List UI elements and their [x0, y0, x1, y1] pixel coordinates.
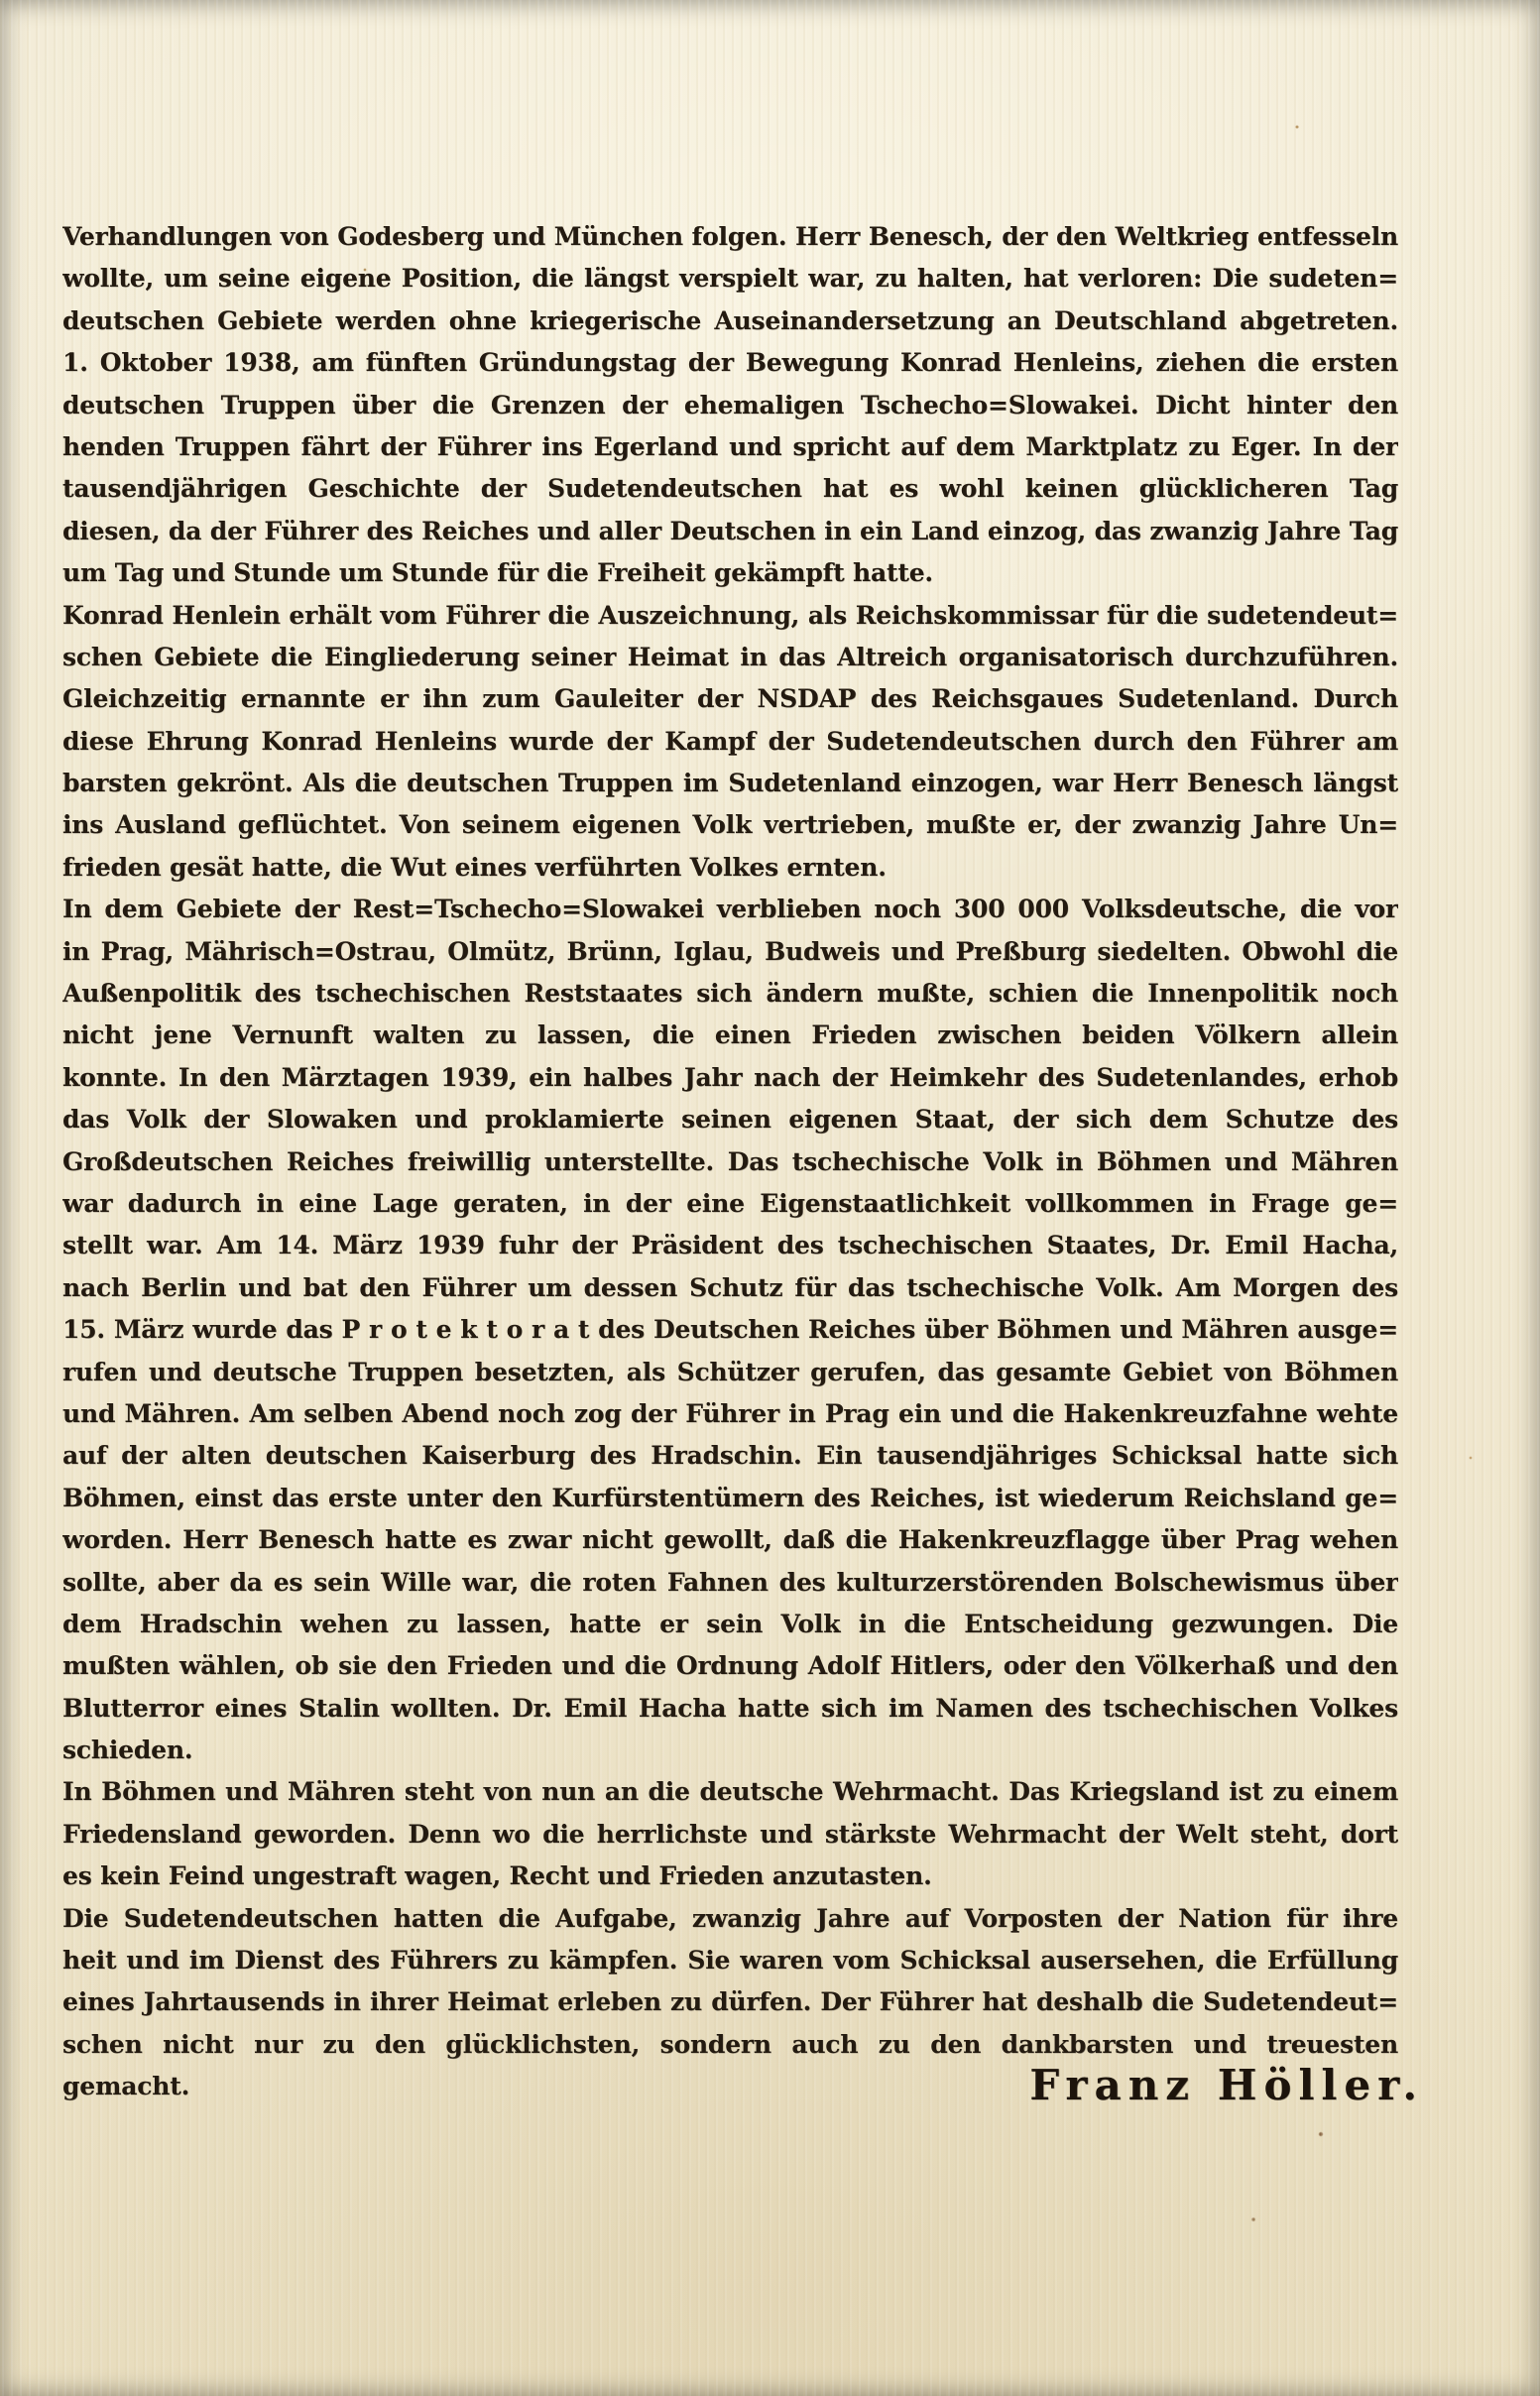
scanned-book-page: Verhandlungen von Godesberg und München …	[0, 0, 1540, 2396]
text-line: Konrad Henlein erhält vom Führer die Aus…	[62, 595, 1398, 637]
paragraph: Die Sudetendeutschen hatten die Aufgabe,…	[62, 1898, 1398, 2108]
text-line: um Tag und Stunde um Stunde für die Frei…	[62, 552, 1398, 594]
paragraph: In Böhmen und Mähren steht von nun an di…	[62, 1771, 1398, 1897]
text-line: 15. März wurde das P r o t e k t o r a t…	[62, 1309, 1398, 1351]
text-line: dem Hradschin wehen zu lassen, hatte er …	[62, 1604, 1398, 1645]
text-line: Verhandlungen von Godesberg und München …	[62, 216, 1398, 258]
text-line: deutschen Truppen über die Grenzen der e…	[62, 385, 1398, 426]
text-line: mußten wählen, ob sie den Frieden und di…	[62, 1645, 1398, 1687]
text-line: konnte. In den Märztagen 1939, ein halbe…	[62, 1057, 1398, 1099]
author-signature: Franz Höller.	[1029, 2060, 1424, 2111]
text-line: nach Berlin und bat den Führer um dessen…	[62, 1267, 1398, 1309]
text-line: In dem Gebiete der Rest=Tschecho=Slowake…	[62, 889, 1398, 930]
text-line: und Mähren. Am selben Abend noch zog der…	[62, 1393, 1398, 1435]
text-line: worden. Herr Benesch hatte es zwar nicht…	[62, 1519, 1398, 1561]
text-line: Friedensland geworden. Denn wo die herrl…	[62, 1814, 1398, 1856]
text-line: Außenpolitik des tschechischen Reststaat…	[62, 973, 1398, 1015]
text-line: das Volk der Slowaken und proklamierte s…	[62, 1099, 1398, 1140]
text-line: ins Ausland geflüchtet. Von seinem eigen…	[62, 804, 1398, 846]
text-line: barsten gekrönt. Als die deutschen Trupp…	[62, 763, 1398, 804]
text-line: schieden.	[62, 1730, 1398, 1771]
text-line: nicht jene Vernunft walten zu lassen, di…	[62, 1015, 1398, 1056]
text-line: gemacht.Franz Höller.	[62, 2066, 1398, 2107]
text-line: deutschen Gebiete werden ohne kriegerisc…	[62, 300, 1398, 342]
text-line: frieden gesät hatte, die Wut eines verfü…	[62, 847, 1398, 889]
text-line: Blutterror eines Stalin wollten. Dr. Emi…	[62, 1688, 1398, 1730]
text-line: stellt war. Am 14. März 1939 fuhr der Pr…	[62, 1225, 1398, 1266]
text-line: diesen, da der Führer des Reiches und al…	[62, 511, 1398, 552]
text-line: eines Jahrtausends in ihrer Heimat erleb…	[62, 1981, 1398, 2023]
text-line: rufen und deutsche Truppen besetzten, al…	[62, 1352, 1398, 1393]
text-line: heit und im Dienst des Führers zu kämpfe…	[62, 1940, 1398, 1981]
text-line: war dadurch in eine Lage geraten, in der…	[62, 1183, 1398, 1225]
text-line: 1. Oktober 1938, am fünften Gründungstag…	[62, 342, 1398, 384]
paragraph: Konrad Henlein erhält vom Führer die Aus…	[62, 595, 1398, 890]
text-line: auf der alten deutschen Kaiserburg des H…	[62, 1435, 1398, 1477]
text-line: Die Sudetendeutschen hatten die Aufgabe,…	[62, 1898, 1398, 1940]
text-line: Gleichzeitig ernannte er ihn zum Gauleit…	[62, 678, 1398, 720]
text-column: Verhandlungen von Godesberg und München …	[62, 216, 1398, 2108]
text-line: Großdeutschen Reiches freiwillig unterst…	[62, 1141, 1398, 1183]
text-line: henden Truppen fährt der Führer ins Eger…	[62, 426, 1398, 468]
text-line: Böhmen, einst das erste unter den Kurfür…	[62, 1478, 1398, 1519]
text-line: es kein Feind ungestraft wagen, Recht un…	[62, 1856, 1398, 1897]
paragraph: Verhandlungen von Godesberg und München …	[62, 216, 1398, 595]
text-line: wollte, um seine eigene Position, die lä…	[62, 258, 1398, 299]
text-line: schen Gebiete die Eingliederung seiner H…	[62, 637, 1398, 678]
text-line: diese Ehrung Konrad Henleins wurde der K…	[62, 721, 1398, 763]
text-line: in Prag, Mährisch=Ostrau, Olmütz, Brünn,…	[62, 931, 1398, 973]
text-line: sollte, aber da es sein Wille war, die r…	[62, 1562, 1398, 1604]
text-line: In Böhmen und Mähren steht von nun an di…	[62, 1771, 1398, 1813]
text-line: tausendjährigen Geschichte der Sudetende…	[62, 468, 1398, 510]
paragraph: In dem Gebiete der Rest=Tschecho=Slowake…	[62, 889, 1398, 1771]
